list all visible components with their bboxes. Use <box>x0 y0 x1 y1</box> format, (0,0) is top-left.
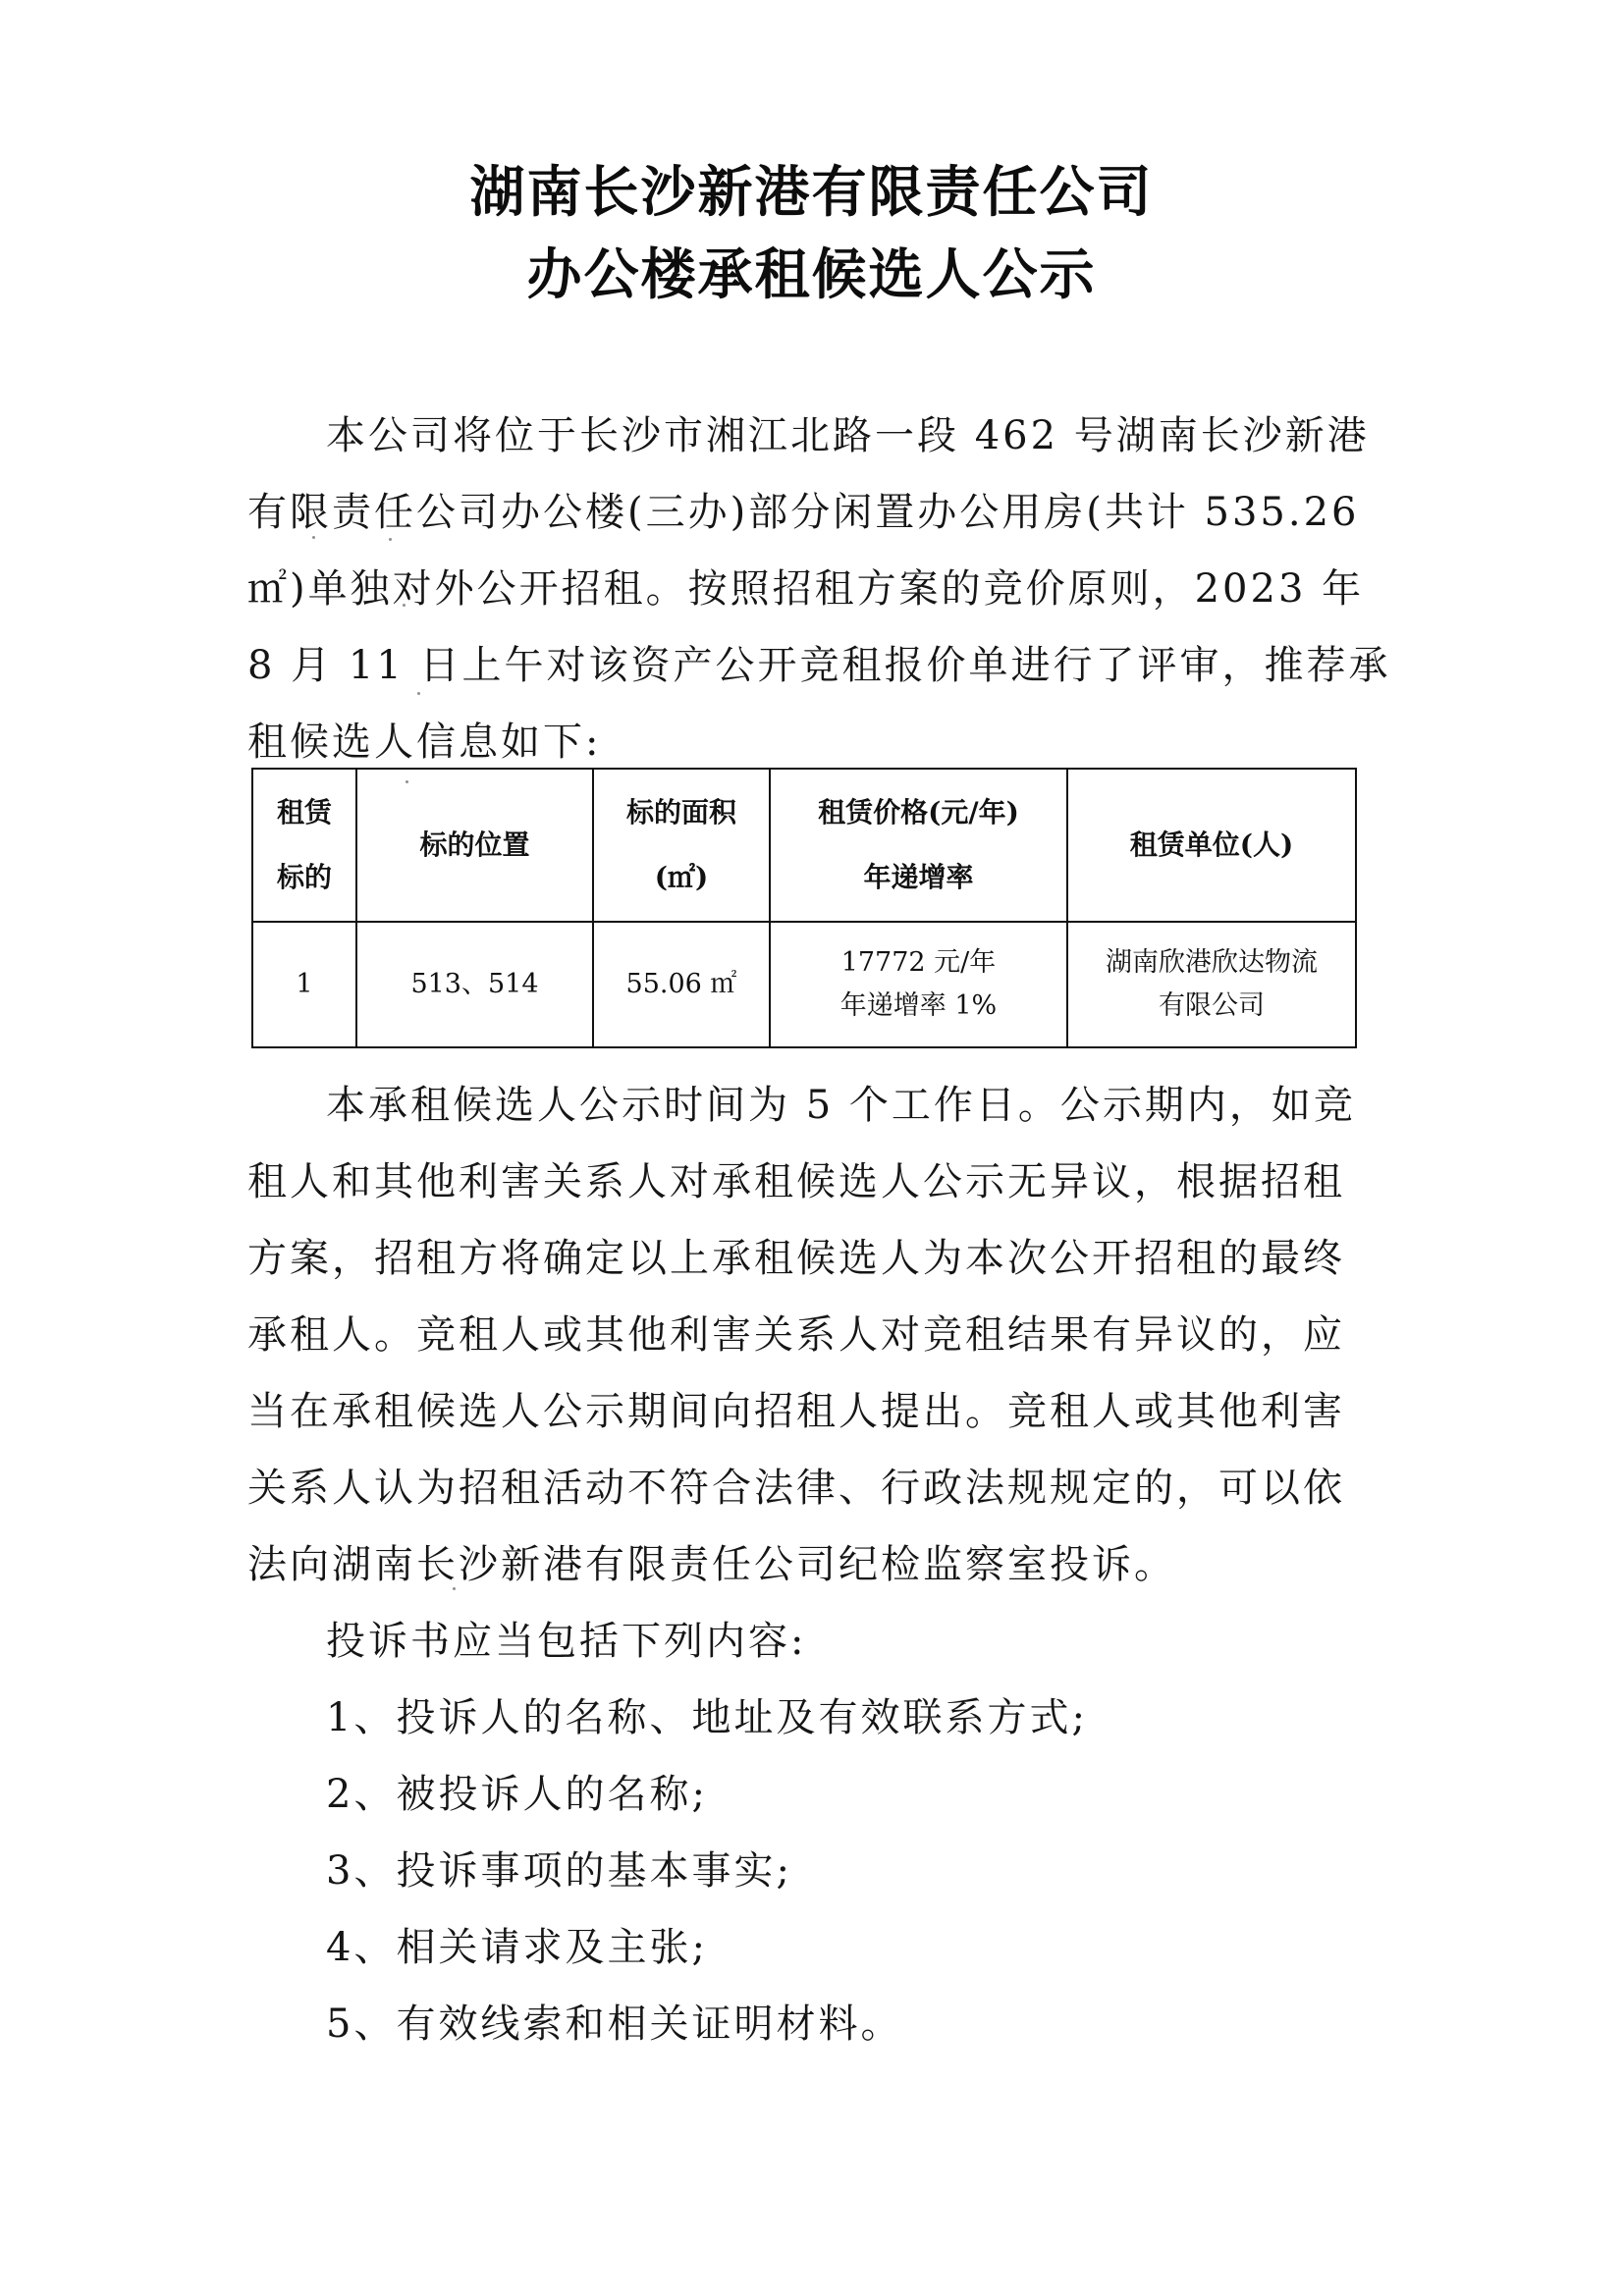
intro-line: 有限责任公司办公楼(三办)部分闲置办公用房(共计 535.26 <box>247 493 1377 532</box>
cell-price: 17772 元/年 年递增率 1% <box>770 922 1067 1047</box>
header-lease-subject: 租赁 标的 <box>252 769 356 922</box>
document-title-line-2: 办公楼承租候选人公示 <box>0 247 1623 302</box>
cell-area: 55.06 ㎡ <box>593 922 770 1047</box>
notice-line: 本承租候选人公示时间为 5 个工作日。公示期内，如竞 <box>326 1086 1455 1125</box>
complaint-item: 5、有效线索和相关证明材料。 <box>326 2004 1455 2044</box>
complaint-item: 4、相关请求及主张; <box>326 1928 1455 1967</box>
complaint-item: 2、被投诉人的名称; <box>326 1775 1455 1814</box>
header-price: 租赁价格(元/年) 年递增率 <box>770 769 1067 922</box>
header-area: 标的面积 (㎡) <box>593 769 770 922</box>
notice-line: 方案，招租方将确定以上承租候选人为本次公开招租的最终 <box>247 1239 1377 1278</box>
complaint-intro: 投诉书应当包括下列内容: <box>326 1622 1455 1661</box>
intro-line: ㎡)单独对外公开招租。按照招租方案的竞价原则，2023 年 <box>247 569 1377 609</box>
document-page: 湖南长沙新港有限责任公司 办公楼承租候选人公示 本公司将位于长沙市湘江北路一段 … <box>0 0 1623 2296</box>
notice-line: 法向湖南长沙新港有限责任公司纪检监察室投诉。 <box>247 1545 1377 1584</box>
document-title-line-1: 湖南长沙新港有限责任公司 <box>0 165 1623 220</box>
cell-tenant: 湖南欣港欣达物流 有限公司 <box>1067 922 1356 1047</box>
notice-line: 当在承租候选人公示期间向招租人提出。竞租人或其他利害 <box>247 1392 1377 1431</box>
candidate-table: 租赁 标的 标的位置 标的面积 (㎡) 租赁价格(元/年) 年递增率 租赁单位(… <box>251 768 1357 1048</box>
header-tenant: 租赁单位(人) <box>1067 769 1356 922</box>
complaint-item: 3、投诉事项的基本事实; <box>326 1851 1455 1891</box>
intro-line: 租候选人信息如下: <box>247 722 1377 762</box>
scan-speck <box>403 604 406 607</box>
scan-speck <box>453 1587 456 1590</box>
scan-speck <box>312 536 315 539</box>
intro-line: 本公司将位于长沙市湘江北路一段 462 号湖南长沙新港 <box>326 416 1455 455</box>
intro-line: 8 月 11 日上午对该资产公开竞租报价单进行了评审，推荐承 <box>247 646 1377 685</box>
notice-line: 租人和其他利害关系人对承租候选人公示无异议，根据招租 <box>247 1162 1377 1201</box>
notice-line: 关系人认为招租活动不符合法律、行政法规规定的，可以依 <box>247 1468 1377 1508</box>
cell-index: 1 <box>252 922 356 1047</box>
scan-speck <box>406 780 408 783</box>
complaint-item: 1、投诉人的名称、地址及有效联系方式; <box>326 1698 1455 1737</box>
notice-line: 承租人。竞租人或其他利害关系人对竞租结果有异议的，应 <box>247 1315 1377 1355</box>
cell-location: 513、514 <box>356 922 593 1047</box>
header-location: 标的位置 <box>356 769 593 922</box>
table-row: 1 513、514 55.06 ㎡ 17772 元/年 年递增率 1% 湖南欣港… <box>252 922 1356 1047</box>
table-header-row: 租赁 标的 标的位置 标的面积 (㎡) 租赁价格(元/年) 年递增率 租赁单位(… <box>252 769 1356 922</box>
scan-speck <box>417 692 420 695</box>
scan-speck <box>389 538 392 541</box>
